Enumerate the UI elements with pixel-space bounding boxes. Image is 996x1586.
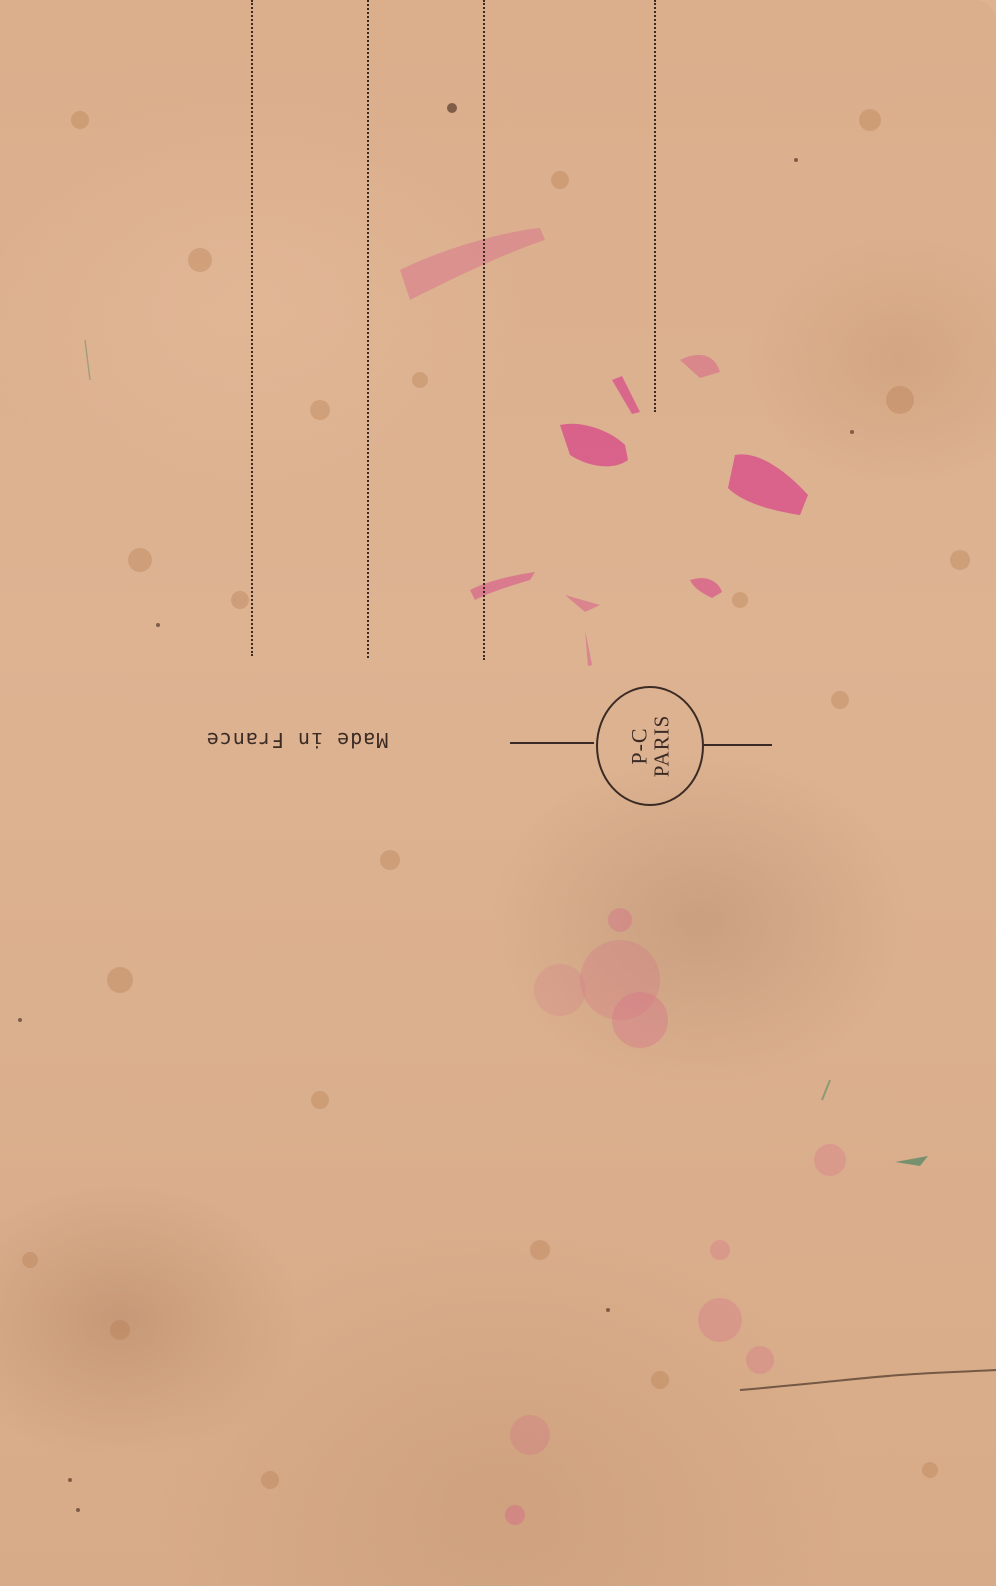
postcard-back: Made in France P-C PARIS bbox=[0, 0, 996, 1586]
address-line-3 bbox=[483, 0, 485, 660]
logo-rule-right bbox=[704, 744, 772, 746]
made-in-france-imprint: Made in France bbox=[162, 728, 432, 752]
logo-line-1: P-C bbox=[627, 715, 650, 778]
paper-texture bbox=[0, 0, 996, 1586]
publisher-logo: P-C PARIS bbox=[596, 686, 704, 806]
logo-line-2: PARIS bbox=[651, 715, 673, 778]
address-line-2 bbox=[367, 0, 369, 658]
logo-rule-left bbox=[510, 742, 594, 744]
address-line-4 bbox=[654, 0, 656, 412]
address-line-1 bbox=[251, 0, 253, 656]
